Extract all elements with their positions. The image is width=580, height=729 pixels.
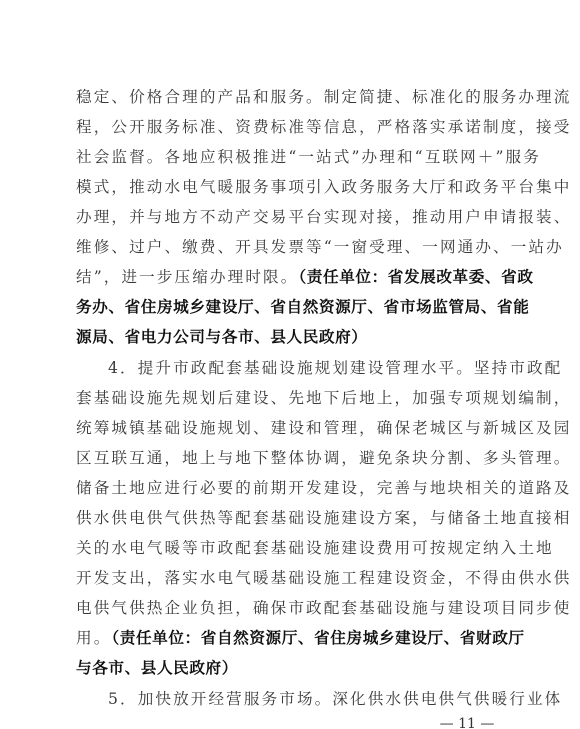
body-text-line: 统筹城镇基础设施规划、建设和管理，确保老城区与新城区及园 [76,417,504,439]
section-5-heading-line: 5．加快放开经营服务市场。深化供水供电供气供暖行业体 [108,688,504,710]
body-text-fragment: 结”，进一步压缩办理时限。 [76,268,298,286]
body-text-line: 开发支出，落实水电气暖基础设施工程建设资金，不得由供水供 [76,567,504,589]
document-page: 稳定、价格合理的产品和服务。制定简捷、标准化的服务办理流 程，公开服务标准、资费… [0,0,580,729]
body-text-line: 稳定、价格合理的产品和服务。制定简捷、标准化的服务办理流 [76,86,504,108]
responsible-units-line: 务办、省住房城乡建设厅、省自然资源厅、省市场监管局、省能 [76,296,504,318]
body-text-fragment: 用。 [76,629,111,647]
body-text-line: 社会监督。各地应积极推进“一站式”办理和“互联网＋”服务 [76,146,504,168]
body-text-line: 供水供电供气供热等配套基础设施建设方案，与储备土地直接相 [76,507,504,529]
body-text-line: 模式，推动水电气暖服务事项引入政务服务大厅和政务平台集中 [76,176,504,198]
section-4-heading-line: 4．提升市政配套基础设施规划建设管理水平。坚持市政配 [108,357,504,379]
body-text-line: 套基础设施先规划后建设、先地下后地上，加强专项规划编制， [76,387,504,409]
body-text-line: 程，公开服务标准、资费标准等信息，严格落实承诺制度，接受 [76,116,504,138]
body-text-line: 维修、过户、缴费、开具发票等“一窗受理、一网通办、一站办 [76,236,504,258]
body-text-line: 储备土地应进行必要的前期开发建设，完善与地块相关的道路及 [76,477,504,499]
responsible-units-line: 源局、省电力公司与各市、县人民政府） [76,326,504,348]
body-text-line: 关的水电气暖等市政配套基础设施建设费用可按规定纳入土地 [76,537,504,559]
body-text-line-mixed: 结”，进一步压缩办理时限。（责任单位：省发展改革委、省政 [76,266,504,288]
responsible-units-line: 与各市、县人民政府） [76,657,504,679]
body-text-line: 电供气供热企业负担，确保市政配套基础设施与建设项目同步使 [76,597,504,619]
page-number: — 11 — [432,716,502,729]
body-text-line: 区互联互通，地上与地下整体协调，避免条块分割、多头管理。 [76,447,504,469]
body-text-line-mixed: 用。（责任单位：省自然资源厅、省住房城乡建设厅、省财政厅 [76,627,504,649]
responsible-units-text: （责任单位：省发展改革委、省政 [298,268,533,286]
responsible-units-text: （责任单位：省自然资源厅、省住房城乡建设厅、省财政厅 [111,629,524,647]
body-text-line: 办理，并与地方不动产交易平台实现对接，推动用户申请报装、 [76,206,504,228]
